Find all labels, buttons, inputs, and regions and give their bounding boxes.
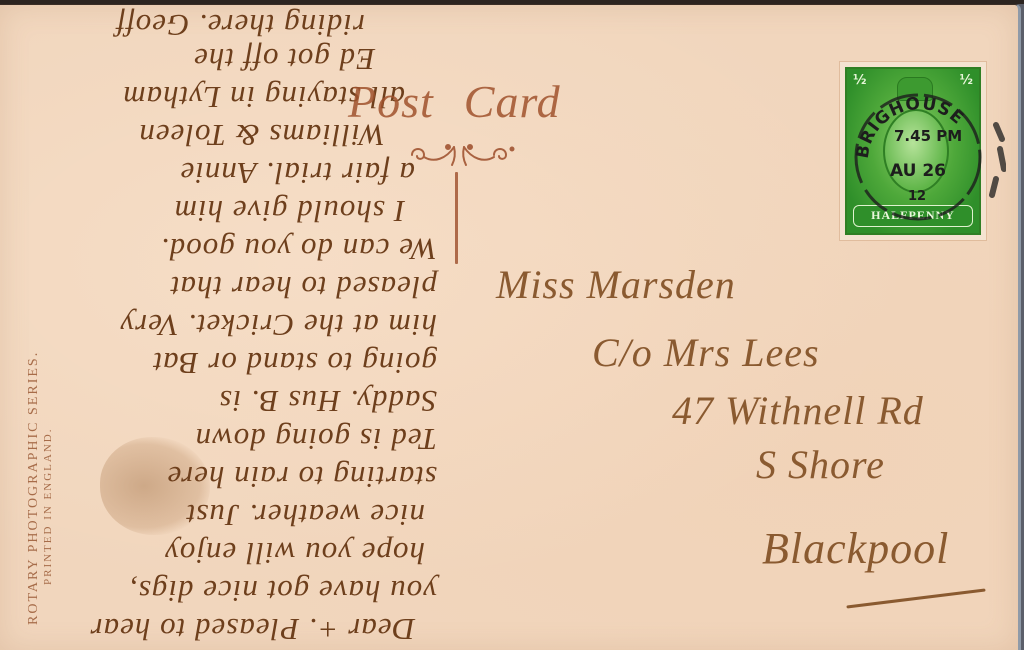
heading-post: Post <box>348 76 434 127</box>
message-line: nice weather. Just <box>186 497 425 533</box>
address-street: 47 Withnell Rd <box>672 387 924 434</box>
heading-card: Card <box>464 76 561 127</box>
message-line: going to stand or Bat <box>152 345 437 381</box>
postmark-year: 12 <box>908 189 926 204</box>
message-line: hope you will enjoy <box>164 535 425 571</box>
post-card-heading: PostCard <box>348 75 561 128</box>
message-line: We can do you good. <box>160 231 437 267</box>
message-line: Saddy. Hus B. is <box>219 383 437 419</box>
scroll-ornament-icon <box>408 141 518 167</box>
message-line: Ed got off the <box>193 41 375 77</box>
message-line: a fair trial. Annie <box>180 155 415 191</box>
address-care-of: C/o Mrs Lees <box>592 329 820 376</box>
imprint-series: ROTARY PHOTOGRAPHIC SERIES. <box>26 351 41 625</box>
postcard-back: Dear +. Pleased to hear you have got nic… <box>0 4 1021 650</box>
vertical-divider <box>455 172 458 264</box>
address-town: Blackpool <box>762 523 949 574</box>
postmark-ring-icon: BRIGHOUSE <box>846 77 1006 237</box>
address-name: Miss Marsden <box>496 261 736 308</box>
postmark-date: AU 26 <box>890 161 946 181</box>
address-district: S Shore <box>756 441 885 488</box>
message-line: you have got nice digs, <box>129 573 437 609</box>
message-line: starting to rain here <box>167 459 437 495</box>
message-line: Ted is going down <box>195 421 437 457</box>
message-line: riding there. Geoff <box>116 7 365 43</box>
postmark: BRIGHOUSE 7.45 PM AU 26 12 <box>846 77 1006 237</box>
publisher-imprint: ROTARY PHOTOGRAPHIC SERIES. PRINTED IN E… <box>26 351 54 625</box>
message-line: I should give him <box>174 193 405 229</box>
imprint-printed: PRINTED IN ENGLAND. <box>42 351 54 585</box>
postmark-time: 7.45 PM <box>894 127 962 145</box>
message-line: Dear +. Pleased to hear <box>90 611 415 647</box>
town-underline <box>846 588 985 608</box>
message-line: pleased to hear that <box>170 269 437 305</box>
message-line: him at the Cricket. Very <box>119 307 437 343</box>
